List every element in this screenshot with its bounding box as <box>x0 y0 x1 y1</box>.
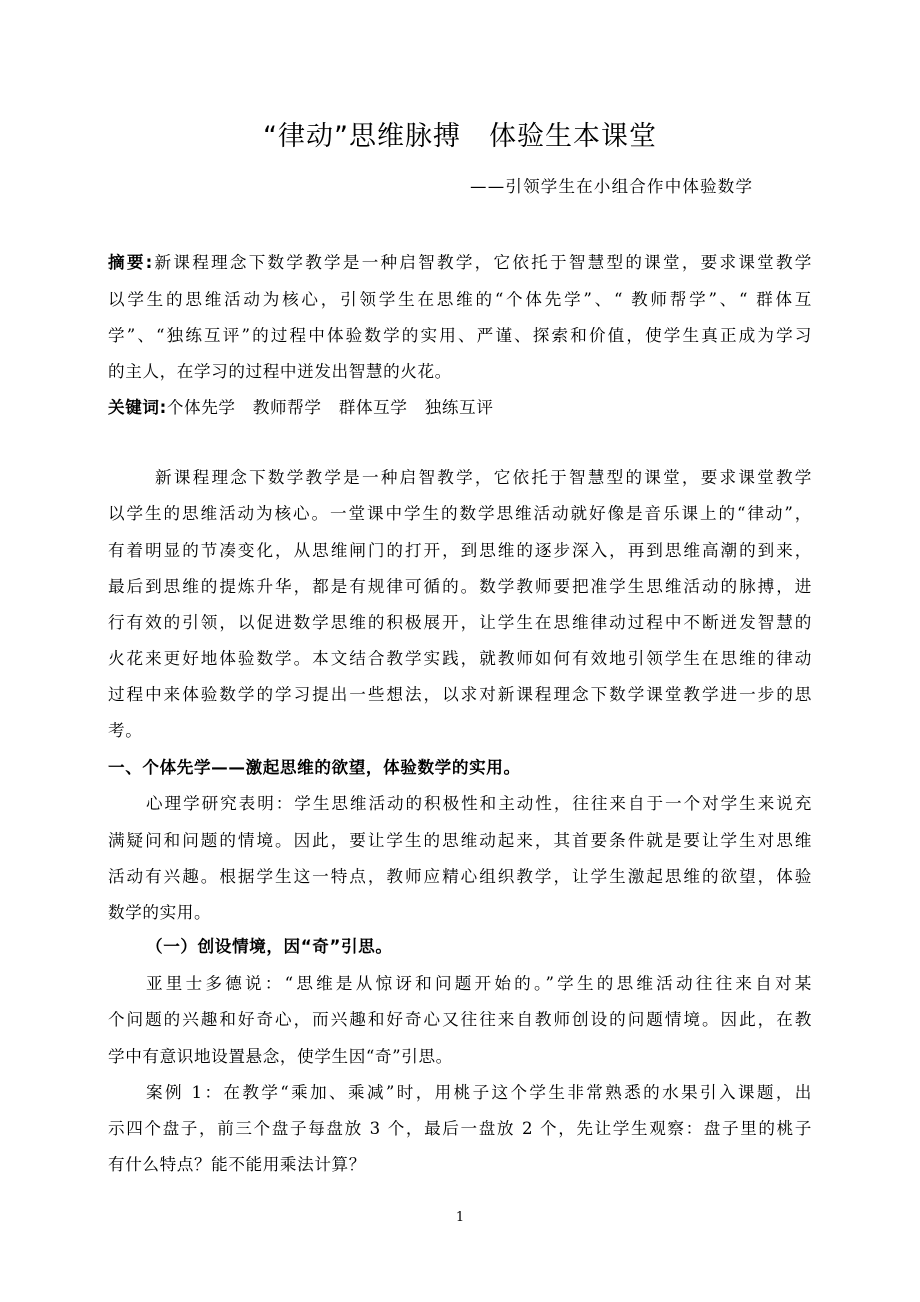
quote-line: 个问题的兴趣和好奇心，而兴趣和好奇心又往往来自教师创设的问题情境。因此，在教 <box>108 1009 812 1031</box>
document-subtitle: ——引领学生在小组合作中体验数学 <box>470 173 753 197</box>
case-line: 有什么特点？能不能用乘法计算？ <box>108 1154 812 1176</box>
abstract-line: 以学生的思维活动为核心，引领学生在思维的“个体先学”、“ 教师帮学”、“ 群体互 <box>108 289 812 311</box>
abstract-line: 的主人，在学习的过程中迸发出智慧的火花。 <box>108 361 812 383</box>
intro-line: 有着明显的节凑变化，从思维闸门的打开，到思维的逐步深入，再到思维高潮的到来， <box>108 540 812 562</box>
keywords-label: 关键词: <box>108 398 167 417</box>
intro-line: 火花来更好地体验数学。本文结合教学实践，就教师如何有效地引领学生在思维的律动 <box>108 648 812 670</box>
intro-line: 以学生的思维活动为核心。一堂课中学生的数学思维活动就好像是音乐课上的“律动”， <box>108 503 812 525</box>
subsection-heading: （一）创设情境，因“奇”引思。 <box>146 936 850 958</box>
keywords-text: 个体先学 教师帮学 群体互学 独练互评 <box>167 398 494 417</box>
abstract-line: 学”、“独练互评”的过程中体验数学的实用、严谨、探索和价值，使学生真正成为学习 <box>108 325 812 347</box>
intro-line: 最后到思维的提炼升华，都是有规律可循的。数学教师要把准学生思维活动的脉搏，进 <box>108 576 812 598</box>
intro-line: 考。 <box>108 720 812 742</box>
abstract-line: 摘要:新课程理念下数学教学是一种启智教学，它依托于智慧型的课堂，要求课堂教学 <box>108 252 812 274</box>
section-para-line: 满疑问和问题的情境。因此，要让学生的思维动起来，其首要条件就是要让学生对思维 <box>108 830 812 852</box>
document-page: “律动”思维脉搏 体验生本课堂 ——引领学生在小组合作中体验数学 摘要:新课程理… <box>0 0 920 1302</box>
case-line: 案例 1：在教学“乘加、乘减”时，用桃子这个学生非常熟悉的水果引入课题，出 <box>146 1082 812 1104</box>
quote-line: 学中有意识地设置悬念，使学生因“奇”引思。 <box>108 1046 812 1068</box>
section-para-line: 数学的实用。 <box>108 902 812 924</box>
document-title: “律动”思维脉搏 体验生本课堂 <box>0 114 920 153</box>
intro-line: 过程中来体验数学的学习提出一些想法，以求对新课程理念下数学课堂教学进一步的思 <box>108 684 812 706</box>
section-para-line: 活动有兴趣。根据学生这一特点，教师应精心组织教学，让学生激起思维的欲望，体验 <box>108 866 812 888</box>
section-para-line: 心理学研究表明：学生思维活动的积极性和主动性，往往来自于一个对学生来说充 <box>146 793 812 815</box>
keywords-line: 关键词:个体先学 教师帮学 群体互学 独练互评 <box>108 397 812 419</box>
quote-line: 亚里士多德说：“思维是从惊讶和问题开始的。”学生的思维活动往往来自对某 <box>146 973 812 995</box>
intro-line: 行有效的引领，以促进数学思维的积极展开，让学生在思维律动过程中不断迸发智慧的 <box>108 612 812 634</box>
section-heading: 一、个体先学——激起思维的欲望，体验数学的实用。 <box>108 757 812 779</box>
page-number: 1 <box>0 1210 920 1225</box>
intro-line: 新课程理念下数学教学是一种启智教学，它依托于智慧型的课堂，要求课堂教学 <box>155 467 812 489</box>
case-line: 示四个盘子，前三个盘子每盘放 3 个，最后一盘放 2 个，先让学生观察：盘子里的… <box>108 1118 812 1140</box>
abstract-label: 摘要: <box>108 253 153 272</box>
